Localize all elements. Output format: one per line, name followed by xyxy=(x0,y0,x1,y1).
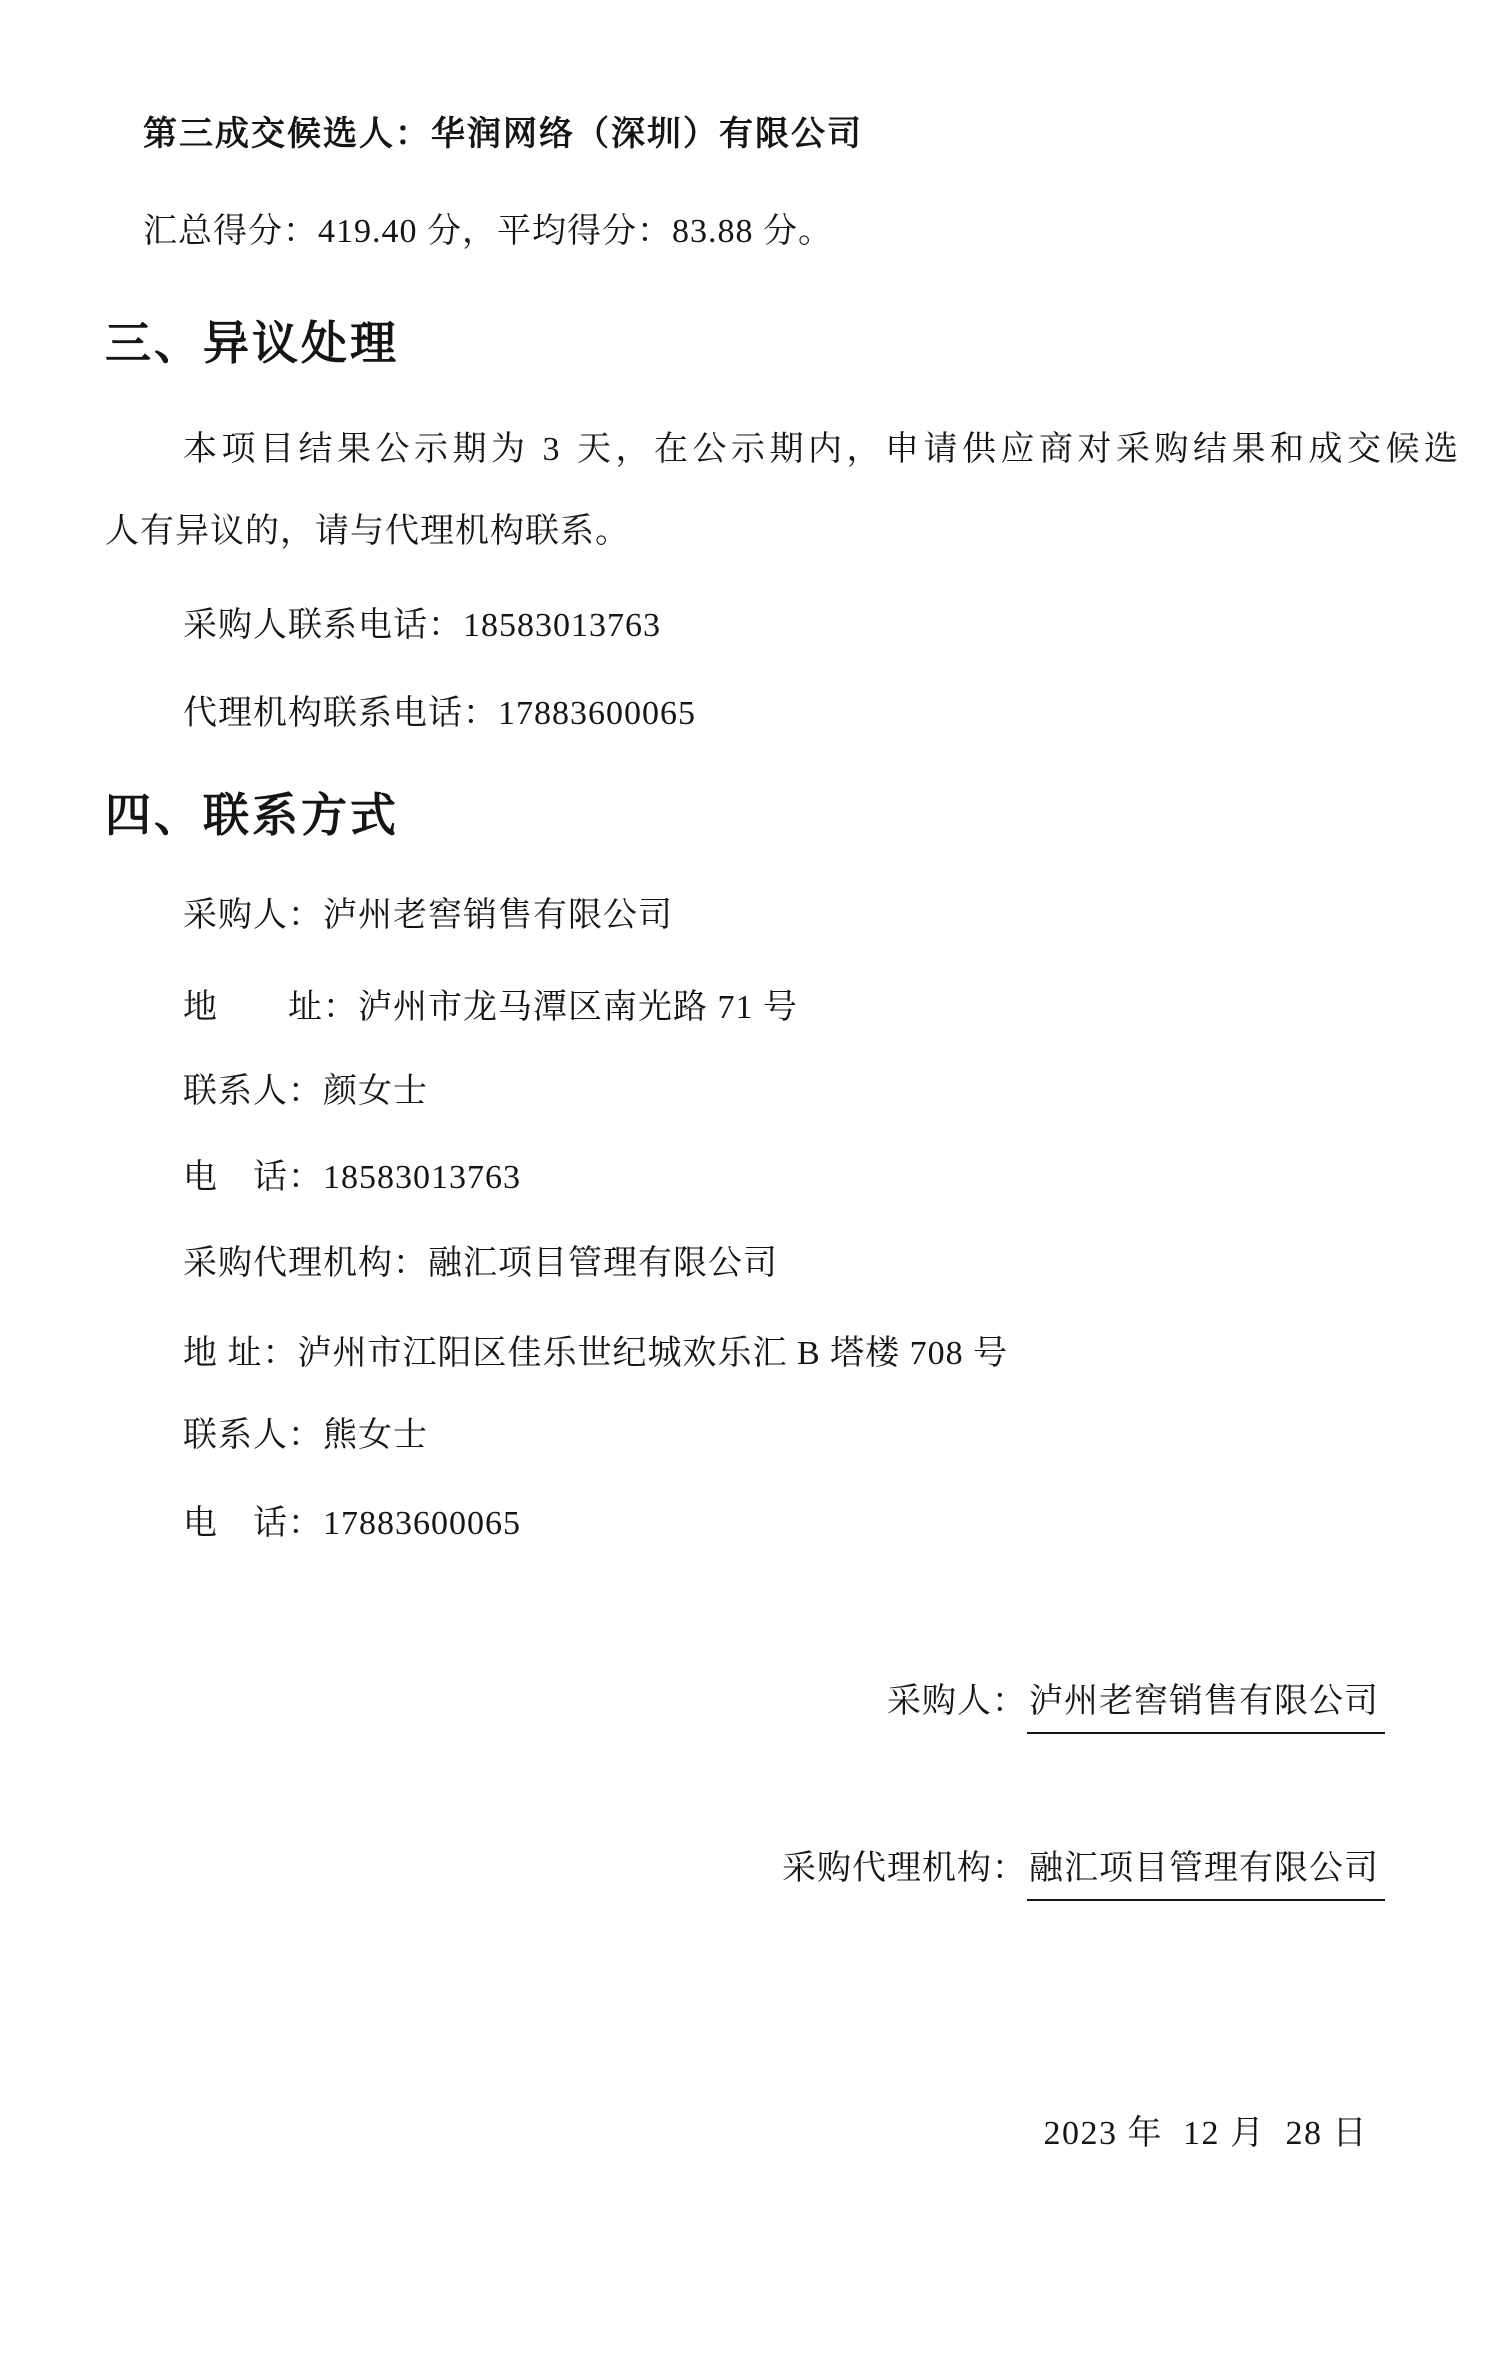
signature-agency-name: 融汇项目管理有限公司 xyxy=(1027,1845,1385,1901)
signature-buyer-name: 泸州老窖销售有限公司 xyxy=(1027,1678,1385,1734)
agency-phone-line: 代理机构联系电话：17883600065 xyxy=(183,690,696,738)
contact-agency-line: 采购代理机构：融汇项目管理有限公司 xyxy=(183,1240,778,1288)
contact-buyer-line: 采购人：泸州老窖销售有限公司 xyxy=(183,892,673,940)
objection-paragraph-line2: 人有异议的，请与代理机构联系。 xyxy=(105,508,630,556)
signature-buyer-label: 采购人： xyxy=(887,1683,1027,1720)
section-objection-heading: 三、异议处理 xyxy=(105,312,399,374)
document-page: 第三成交候选人：华润网络（深圳）有限公司 汇总得分：419.40 分，平均得分：… xyxy=(0,0,1500,2380)
signature-buyer-line: 采购人：泸州老窖销售有限公司 xyxy=(887,1678,1385,1734)
third-candidate-line: 第三成交候选人：华润网络（深圳）有限公司 xyxy=(143,110,863,158)
contact-buyer-phone-line: 电 话：18583013763 xyxy=(183,1154,521,1202)
signature-agency-label: 采购代理机构： xyxy=(782,1850,1027,1887)
contact-buyer-address-line: 地 址：泸州市龙马潭区南光路 71 号 xyxy=(183,984,798,1032)
section-contact-heading: 四、联系方式 xyxy=(105,784,399,846)
buyer-phone-line: 采购人联系电话：18583013763 xyxy=(183,602,661,650)
contact-agency-phone-line: 电 话：17883600065 xyxy=(183,1500,521,1548)
date-line: 2023 年 12 月 28 日 xyxy=(1044,2110,1369,2158)
contact-buyer-person-line: 联系人：颜女士 xyxy=(183,1068,428,1116)
objection-paragraph-line1: 本项目结果公示期为 3 天，在公示期内，申请供应商对采购结果和成交候选 xyxy=(183,426,1463,474)
score-line: 汇总得分：419.40 分，平均得分：83.88 分。 xyxy=(143,208,833,256)
contact-agency-address-line: 地 址：泸州市江阳区佳乐世纪城欢乐汇 B 塔楼 708 号 xyxy=(183,1330,1008,1378)
signature-agency-line: 采购代理机构：融汇项目管理有限公司 xyxy=(782,1845,1385,1901)
contact-agency-person-line: 联系人：熊女士 xyxy=(183,1412,428,1460)
